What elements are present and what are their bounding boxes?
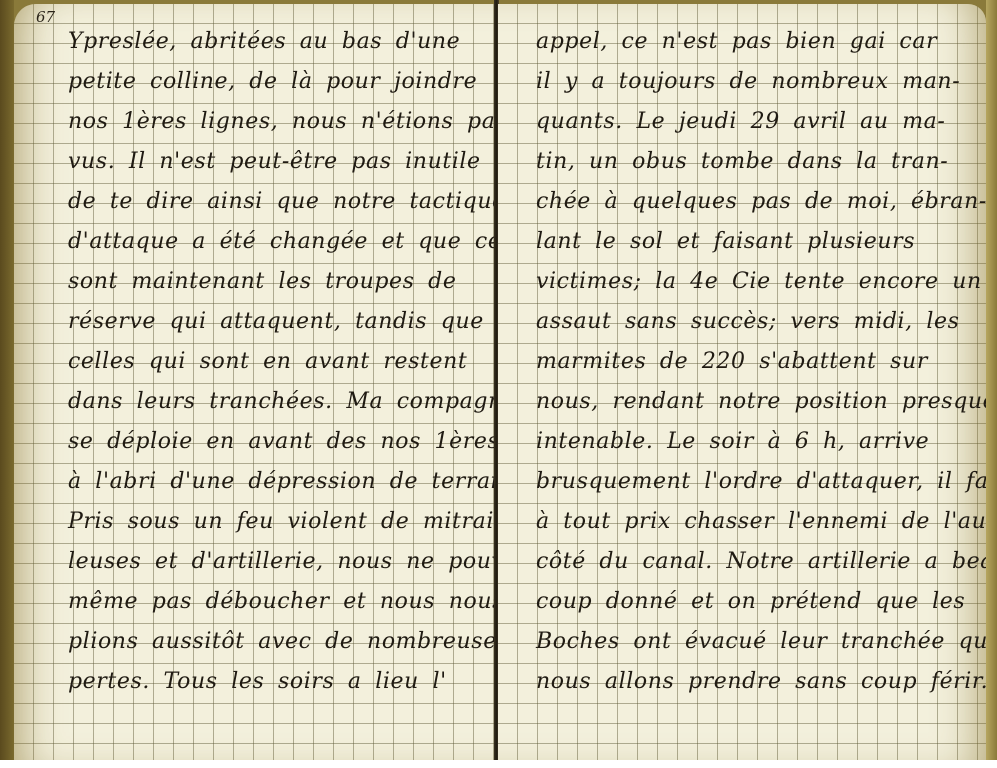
text-line: brusquement l'ordre d'attaquer, il faut — [536, 462, 976, 502]
text-line: d'attaque a été changée et que ce — [68, 222, 488, 262]
text-line: côté du canal. Notre artillerie a beau- — [536, 542, 976, 582]
text-line: Pris sous un feu violent de mitrail- — [68, 502, 488, 542]
text-line: à l'abri d'une dépression de terrain. — [68, 462, 488, 502]
text-line: pertes. Tous les soirs a lieu l' — [68, 662, 488, 702]
text-line: même pas déboucher et nous nous re- — [68, 582, 488, 622]
text-line: petite colline, de là pour joindre — [68, 62, 488, 102]
text-line: leuses et d'artillerie, nous ne pouvons — [68, 542, 488, 582]
text-line: marmites de 220 s'abattent sur — [536, 342, 976, 382]
text-line: Ypreslée, abritées au bas d'une — [68, 22, 488, 62]
text-line: assaut sans succès; vers midi, les — [536, 302, 976, 342]
text-line: réserve qui attaquent, tandis que — [68, 302, 488, 342]
text-line: il y a toujours de nombreux man- — [536, 62, 976, 102]
text-line: appel, ce n'est pas bien gai car — [536, 22, 976, 62]
text-line: lant le sol et faisant plusieurs — [536, 222, 976, 262]
right-page-edge — [986, 0, 997, 760]
text-line: à tout prix chasser l'ennemi de l'autre — [536, 502, 976, 542]
bottom-margin — [0, 760, 997, 768]
text-line: dans leurs tranchées. Ma compagnie — [68, 382, 488, 422]
page-number: 67 — [36, 8, 55, 26]
text-line: nous, rendant notre position presque — [536, 382, 976, 422]
text-line: de te dire ainsi que notre tactique — [68, 182, 488, 222]
text-line: Boches ont évacué leur tranchée que — [536, 622, 976, 662]
text-line: intenable. Le soir à 6 h, arrive — [536, 422, 976, 462]
text-line: quants. Le jeudi 29 avril au ma- — [536, 102, 976, 142]
text-line: nous allons prendre sans coup férir. — [536, 662, 976, 702]
text-line: coup donné et on prétend que les — [536, 582, 976, 622]
text-line: vus. Il n'est peut-être pas inutile — [68, 142, 488, 182]
text-line: celles qui sont en avant restent — [68, 342, 488, 382]
text-line: se déploie en avant des nos 1ères lignes… — [68, 422, 488, 462]
text-line: nos 1ères lignes, nous n'étions pas — [68, 102, 488, 142]
left-page: 67 Ypreslée, abritées au bas d'une petit… — [14, 4, 496, 760]
text-line: victimes; la 4e Cie tente encore un — [536, 262, 976, 302]
text-line: chée à quelques pas de moi, ébran- — [536, 182, 976, 222]
text-line: plions aussitôt avec de nombreuses — [68, 622, 488, 662]
right-page: appel, ce n'est pas bien gai car il y a … — [498, 4, 986, 760]
right-page-text: appel, ce n'est pas bien gai car il y a … — [536, 22, 976, 702]
left-page-text: Ypreslée, abritées au bas d'une petite c… — [68, 22, 488, 702]
left-cover-edge — [0, 0, 14, 760]
text-line: sont maintenant les troupes de — [68, 262, 488, 302]
text-line: tin, un obus tombe dans la tran- — [536, 142, 976, 182]
